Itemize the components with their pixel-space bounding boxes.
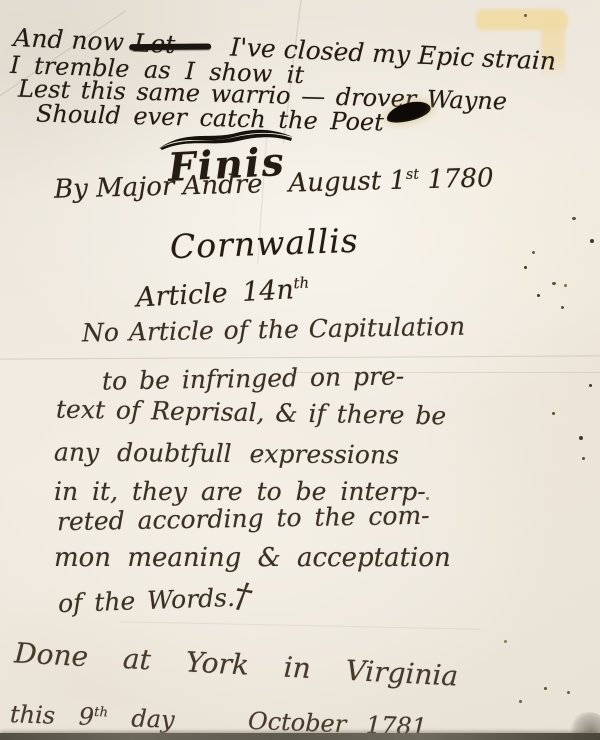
foxing-spot xyxy=(544,687,547,690)
byline-date-superscript: st xyxy=(406,167,420,183)
article-body-line: mon meaning & acceptation xyxy=(54,544,451,573)
byline: By Major AndreAugust 1st 1780 xyxy=(54,164,494,204)
article-body-line: to be infringed on pre- xyxy=(102,362,405,395)
foxing-spot xyxy=(564,284,567,287)
manuscript-page: And now Let I've closed my Epic strain I… xyxy=(0,0,600,740)
foxing-spot xyxy=(504,640,507,643)
foxing-spot xyxy=(426,497,429,500)
paper-crease xyxy=(120,621,480,630)
article-heading-superscript: th xyxy=(293,273,309,292)
foxing-spot xyxy=(537,294,540,297)
foxing-spot xyxy=(552,282,556,285)
foxing-spot xyxy=(519,700,522,703)
foxing-spot xyxy=(532,251,535,254)
foxing-spot xyxy=(561,306,564,309)
foxing-spot xyxy=(590,239,594,243)
dateline-day-word: day xyxy=(107,704,175,734)
byline-author: By Major Andre xyxy=(54,169,263,204)
struck-word: Let xyxy=(131,29,178,58)
article-body-line: any doubtfull expressions xyxy=(54,438,399,469)
foxing-spot xyxy=(552,412,555,415)
article-body-line: text of Reprisal, & if there be xyxy=(56,396,447,430)
foxing-spot xyxy=(572,217,576,220)
foxing-spot xyxy=(582,457,585,460)
dateline-day: this 9th day xyxy=(10,701,175,733)
foxing-spot xyxy=(567,691,570,694)
dateline-place: Done at York in Virginia xyxy=(13,638,458,692)
article-body-line: No Article of the Capitulation xyxy=(82,313,465,347)
byline-year: 1780 xyxy=(419,163,494,195)
byline-date: August 1 xyxy=(288,166,406,199)
foxing-spot xyxy=(579,436,583,440)
article-body-line: of the Words. xyxy=(58,584,236,618)
foxing-spot xyxy=(589,384,592,387)
dateline-day-text: this 9 xyxy=(10,700,95,731)
article-body-line: reted according to the com- xyxy=(57,502,430,536)
paper-crease xyxy=(0,355,600,359)
section-heading-cornwallis: Cornwallis xyxy=(169,223,359,266)
article-heading: Article 14nth xyxy=(135,274,310,313)
foxing-spot xyxy=(570,404,574,407)
scan-bottom-edge xyxy=(0,733,600,740)
article-heading-text: Article 14n xyxy=(135,274,294,313)
dateline-day-superscript: th xyxy=(94,705,108,720)
foxing-spot xyxy=(524,266,527,269)
